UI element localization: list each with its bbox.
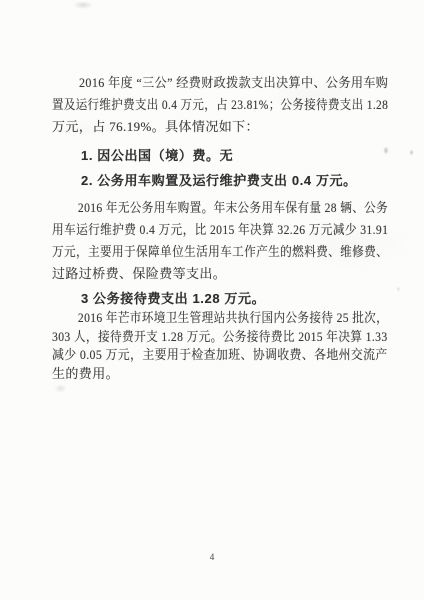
text-line: 减少 0.05 万元，主要用于检查加班、协调收费、各地州交流产 bbox=[52, 346, 360, 365]
paragraph-reception-detail: 2016 年芒市环境卫生管理站共执行国内公务接待 25 批次， 303 人，接待… bbox=[52, 309, 388, 383]
heading-abroad-expense: 1. 因公出国（境）费。无 bbox=[52, 145, 388, 167]
text-line: 生的费用。 bbox=[52, 365, 388, 384]
text-line: 2016 年无公务用车购置。年末公务用车保有量 28 辆、公务 bbox=[52, 197, 352, 219]
text-line: 万元，主要用于保障单位生活用车工作产生的燃料费、维修费、 bbox=[52, 241, 353, 263]
text-line: 置及运行维护费支出 0.4 万元，占 23.81%；公务接待费支出 1.28 bbox=[52, 94, 349, 116]
heading-line: 3 公务接待费支出 1.28 万元。 bbox=[52, 289, 388, 309]
text-line: 303 人，接待费开支 1.28 万元。公务接待费比 2015 年决算 1.33 bbox=[52, 328, 354, 347]
scanned-document-page: 2016 年度 “三公” 经费财政拨款支出决算中、公务用车购 置及运行维护费支出… bbox=[0, 0, 424, 600]
text-line: 用车运行维护费 0.4 万元，比 2015 年决算 32.26 万元减少 31.… bbox=[52, 219, 354, 241]
heading-line: 1. 因公出国（境）费。无 bbox=[52, 145, 388, 167]
scan-artifact bbox=[409, 149, 414, 156]
scan-artifact bbox=[54, 384, 67, 393]
heading-reception-expense: 3 公务接待费支出 1.28 万元。 bbox=[52, 289, 388, 309]
page-number: 4 bbox=[205, 552, 219, 562]
heading-vehicle-expense: 2. 公务用车购置及运行维护费支出 0.4 万元。 bbox=[52, 170, 388, 192]
text-line: 2016 年芒市环境卫生管理站共执行国内公务接待 25 批次， bbox=[52, 309, 352, 328]
text-line: 2016 年度 “三公” 经费财政拨款支出决算中、公务用车购 bbox=[52, 72, 365, 94]
heading-line: 2. 公务用车购置及运行维护费支出 0.4 万元。 bbox=[52, 170, 388, 192]
paragraph-vehicle-detail: 2016 年无公务用车购置。年末公务用车保有量 28 辆、公务 用车运行维护费 … bbox=[52, 197, 388, 285]
scan-artifact bbox=[73, 1, 93, 9]
scan-artifact bbox=[396, 286, 401, 292]
text-line: 过路过桥费、保险费等支出。 bbox=[52, 263, 388, 285]
text-line: 万元，占 76.19%。具体情况如下： bbox=[52, 116, 388, 138]
document-body: 2016 年度 “三公” 经费财政拨款支出决算中、公务用车购 置及运行维护费支出… bbox=[52, 72, 388, 383]
paragraph-summary: 2016 年度 “三公” 经费财政拨款支出决算中、公务用车购 置及运行维护费支出… bbox=[52, 72, 388, 138]
